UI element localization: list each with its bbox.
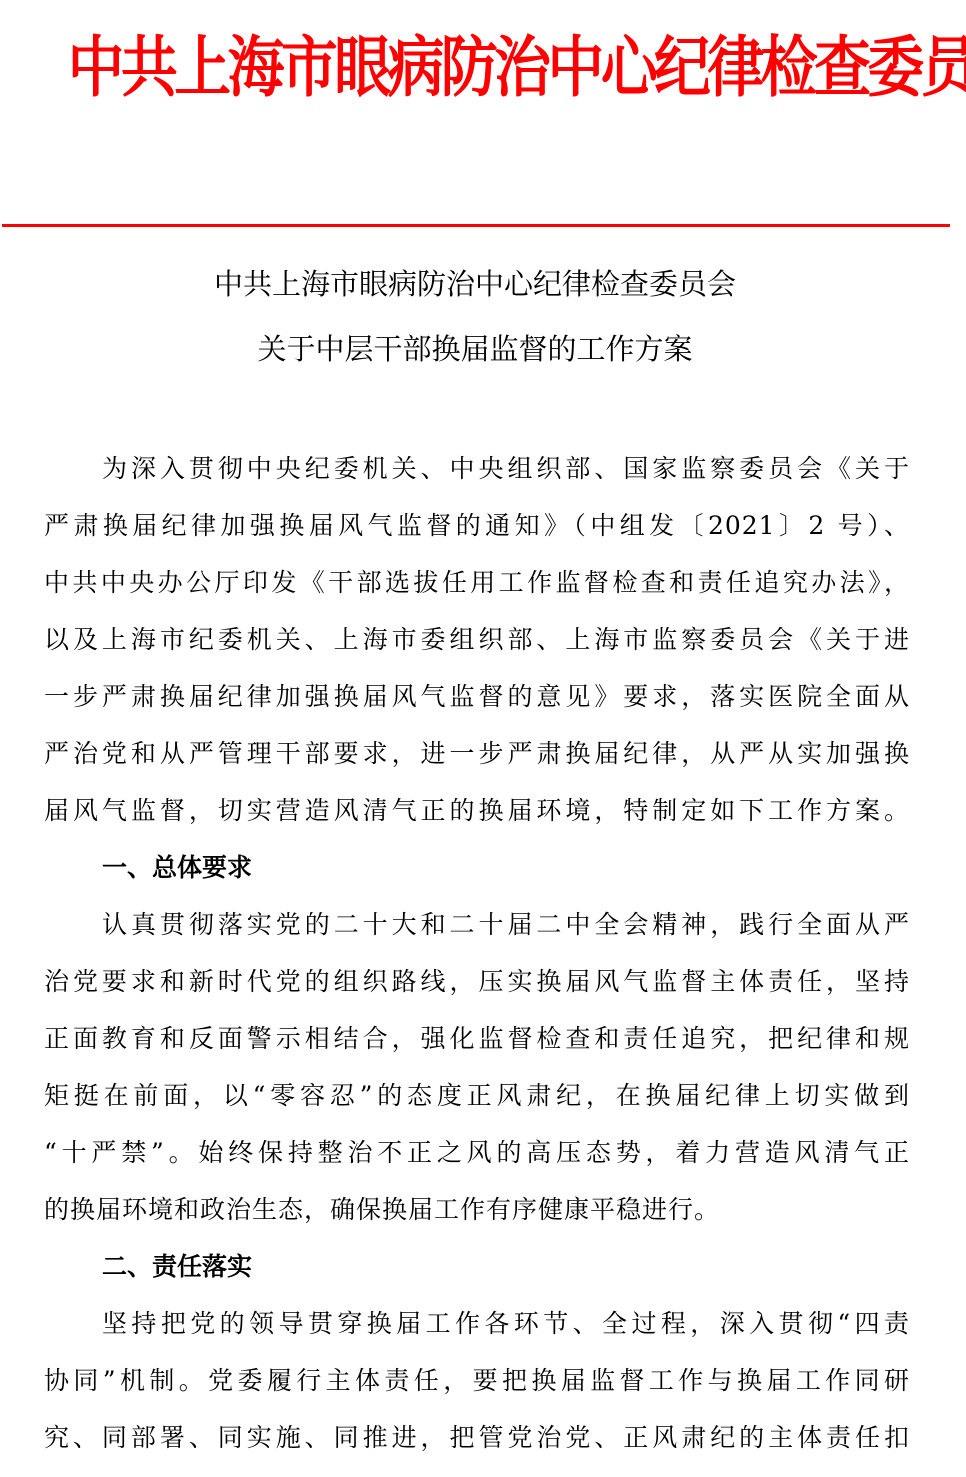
paragraph-line: 一步严肃换届纪律加强换届风气监督的意见》要求，落实医院全面从 — [44, 668, 910, 725]
paragraph-line: 矩挺在前面，以“零容忍”的态度正风肃纪，在换届纪律上切实做到 — [44, 1067, 910, 1124]
paragraph-line: 严治党和从严管理干部要求，进一步严肃换届纪律，从严从实加强换 — [44, 725, 910, 782]
section-heading-overall-requirements: 一、总体要求 — [44, 839, 910, 896]
paragraph-line: 究、同部署、同实施、同推进，把管党治党、正风肃纪的主体责任扣 — [44, 1409, 910, 1466]
section-paragraph-overall-requirements: 认真贯彻落实党的二十大和二十届二中全会精神，践行全面从严 治党要求和新时代党的组… — [44, 896, 910, 1238]
red-divider — [2, 224, 950, 227]
paragraph-line: 中共中央办公厅印发《干部选拔任用工作监督检查和责任追究办法》， — [44, 554, 910, 611]
document-body: 为深入贯彻中央纪委机关、中央组织部、国家监察委员会《关于 严肃换届纪律加强换届风… — [44, 440, 910, 1466]
section-paragraph-responsibility: 坚持把党的领导贯穿换届工作各环节、全过程，深入贯彻“四责 协同”机制。党委履行主… — [44, 1295, 910, 1466]
paragraph-line: 治党要求和新时代党的组织路线，压实换届风气监督主体责任，坚持 — [44, 953, 910, 1010]
paragraph-line: 届风气监督，切实营造风清气正的换届环境，特制定如下工作方案。 — [44, 782, 910, 839]
paragraph-line: “十严禁”。始终保持整治不正之风的高压态势，着力营造风清气正 — [44, 1124, 910, 1181]
paragraph-line: 的换届环境和政治生态，确保换届工作有序健康平稳进行。 — [44, 1181, 910, 1238]
section-heading-responsibility: 二、责任落实 — [44, 1238, 910, 1295]
document-title-line-1: 中共上海市眼病防治中心纪律检查委员会 — [0, 264, 958, 304]
paragraph-line: 坚持把党的领导贯穿换届工作各环节、全过程，深入贯彻“四责 — [44, 1295, 910, 1352]
masthead-title: 中共上海市眼病防治中心纪律检查委员会 — [68, 18, 899, 118]
document-title-line-2: 关于中层干部换届监督的工作方案 — [0, 329, 958, 369]
paragraph-line: 严肃换届纪律加强换届风气监督的通知》（中组发〔2021〕2 号）、 — [44, 497, 910, 554]
paragraph-line: 以及上海市纪委机关、上海市委组织部、上海市监察委员会《关于进 — [44, 611, 910, 668]
paragraph-line: 为深入贯彻中央纪委机关、中央组织部、国家监察委员会《关于 — [44, 440, 910, 497]
paragraph-line: 认真贯彻落实党的二十大和二十届二中全会精神，践行全面从严 — [44, 896, 910, 953]
intro-paragraph: 为深入贯彻中央纪委机关、中央组织部、国家监察委员会《关于 严肃换届纪律加强换届风… — [44, 440, 910, 839]
paragraph-line: 正面教育和反面警示相结合，强化监督检查和责任追究，把纪律和规 — [44, 1010, 910, 1067]
paragraph-line: 协同”机制。党委履行主体责任，要把换届监督工作与换届工作同研 — [44, 1352, 910, 1409]
